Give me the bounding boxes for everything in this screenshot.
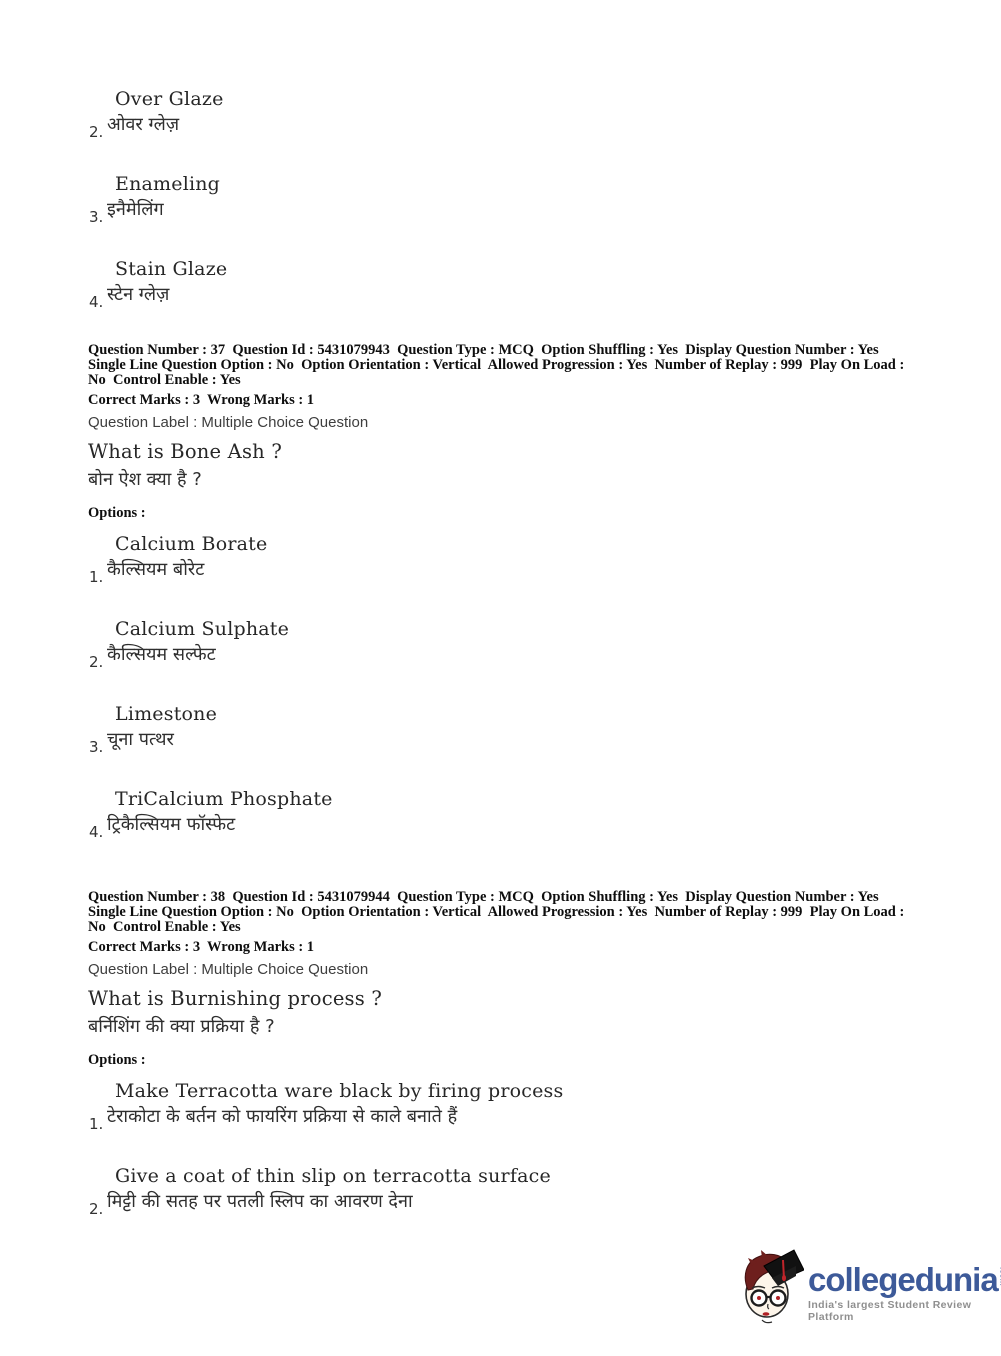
- metadata-line: No Control Enable : Yes: [88, 373, 916, 388]
- option-row: 4. TriCalcium Phosphate ट्रिकैल्सियम फॉस…: [88, 788, 916, 838]
- option-text-english: Give a coat of thin slip on terracotta s…: [115, 1165, 916, 1188]
- option-number: 3.: [89, 738, 103, 756]
- option-text-hindi: इनैमेलिंग: [107, 196, 916, 223]
- question-text-hindi: बर्निशिंग की क्या प्रक्रिया है ?: [88, 1013, 916, 1041]
- exam-page-content: 2. Over Glaze ओवर ग्लेज़ 3. Enameling इन…: [88, 0, 916, 1250]
- question-text-english: What is Bone Ash ?: [88, 440, 916, 464]
- option-text-english: TriCalcium Phosphate: [115, 788, 916, 811]
- option-row: 2. Give a coat of thin slip on terracott…: [88, 1165, 916, 1215]
- option-number: 4.: [89, 293, 103, 311]
- option-text-english: Enameling: [115, 173, 916, 196]
- option-text-english: Limestone: [115, 703, 916, 726]
- metadata-line: Question Number : 38 Question Id : 54310…: [88, 890, 916, 905]
- question-label-line: Question Label : Multiple Choice Questio…: [88, 960, 916, 979]
- question-37-options: 1. Calcium Borate कैल्सियम बोरेट 2. Calc…: [88, 533, 916, 838]
- option-row: 2. Over Glaze ओवर ग्लेज़: [88, 88, 916, 138]
- metadata-line: Single Line Question Option : No Option …: [88, 905, 916, 920]
- option-text-english: Stain Glaze: [115, 258, 916, 281]
- question-label-line: Question Label : Multiple Choice Questio…: [88, 413, 916, 432]
- option-text-english: Calcium Borate: [115, 533, 916, 556]
- logo-tagline: India's largest Student Review Platform: [808, 1299, 1001, 1323]
- question-38-metadata: Question Number : 38 Question Id : 54310…: [88, 890, 916, 935]
- option-text-hindi: टेराकोटा के बर्तन को फायरिंग प्रक्रिया स…: [107, 1103, 916, 1130]
- question-37-block: Question Number : 37 Question Id : 54310…: [88, 343, 916, 838]
- previous-question-options: 2. Over Glaze ओवर ग्लेज़ 3. Enameling इन…: [88, 88, 916, 308]
- marks-line: Correct Marks : 3 Wrong Marks : 1: [88, 940, 916, 955]
- option-number: 1.: [89, 568, 103, 586]
- option-text-english: Over Glaze: [115, 88, 916, 111]
- options-heading: Options :: [88, 506, 916, 521]
- question-38-block: Question Number : 38 Question Id : 54310…: [88, 890, 916, 1215]
- option-text-hindi: स्टेन ग्लेज़: [107, 281, 916, 308]
- option-text-hindi: ट्रिकैल्सियम फॉस्फेट: [107, 811, 916, 838]
- logo-brand-name: collegedunia: [808, 1263, 998, 1297]
- question-38-options: 1. Make Terracotta ware black by firing …: [88, 1080, 916, 1215]
- option-number: 3.: [89, 208, 103, 226]
- option-text-english: Calcium Sulphate: [115, 618, 916, 641]
- option-row: 1. Make Terracotta ware black by firing …: [88, 1080, 916, 1130]
- option-row: 1. Calcium Borate कैल्सियम बोरेट: [88, 533, 916, 583]
- option-row: 3. Enameling इनैमेलिंग: [88, 173, 916, 223]
- option-text-english: Make Terracotta ware black by firing pro…: [115, 1080, 916, 1103]
- option-number: 2.: [89, 1200, 103, 1218]
- option-row: 2. Calcium Sulphate कैल्सियम सल्फेट: [88, 618, 916, 668]
- option-text-hindi: ओवर ग्लेज़: [107, 111, 916, 138]
- option-text-hindi: चूना पत्थर: [107, 726, 916, 753]
- options-heading: Options :: [88, 1053, 916, 1068]
- metadata-line: Question Number : 37 Question Id : 54310…: [88, 343, 916, 358]
- question-37-metadata: Question Number : 37 Question Id : 54310…: [88, 343, 916, 388]
- collegedunia-logo[interactable]: collegedunia .com India's largest Studen…: [738, 1246, 994, 1330]
- graduate-boy-mascot-icon: [738, 1246, 804, 1330]
- option-text-hindi: मिट्टी की सतह पर पतली स्लिप का आवरण देना: [107, 1188, 916, 1215]
- option-number: 4.: [89, 823, 103, 841]
- option-row: 3. Limestone चूना पत्थर: [88, 703, 916, 753]
- question-text-hindi: बोन ऐश क्या है ?: [88, 466, 916, 494]
- logo-text-block: collegedunia .com India's largest Studen…: [808, 1253, 1001, 1323]
- question-text-english: What is Burnishing process ?: [88, 987, 916, 1011]
- option-number: 1.: [89, 1115, 103, 1133]
- metadata-line: No Control Enable : Yes: [88, 920, 916, 935]
- option-number: 2.: [89, 653, 103, 671]
- option-number: 2.: [89, 123, 103, 141]
- option-row: 4. Stain Glaze स्टेन ग्लेज़: [88, 258, 916, 308]
- option-text-hindi: कैल्सियम सल्फेट: [107, 641, 916, 668]
- marks-line: Correct Marks : 3 Wrong Marks : 1: [88, 393, 916, 408]
- metadata-line: Single Line Question Option : No Option …: [88, 358, 916, 373]
- option-text-hindi: कैल्सियम बोरेट: [107, 556, 916, 583]
